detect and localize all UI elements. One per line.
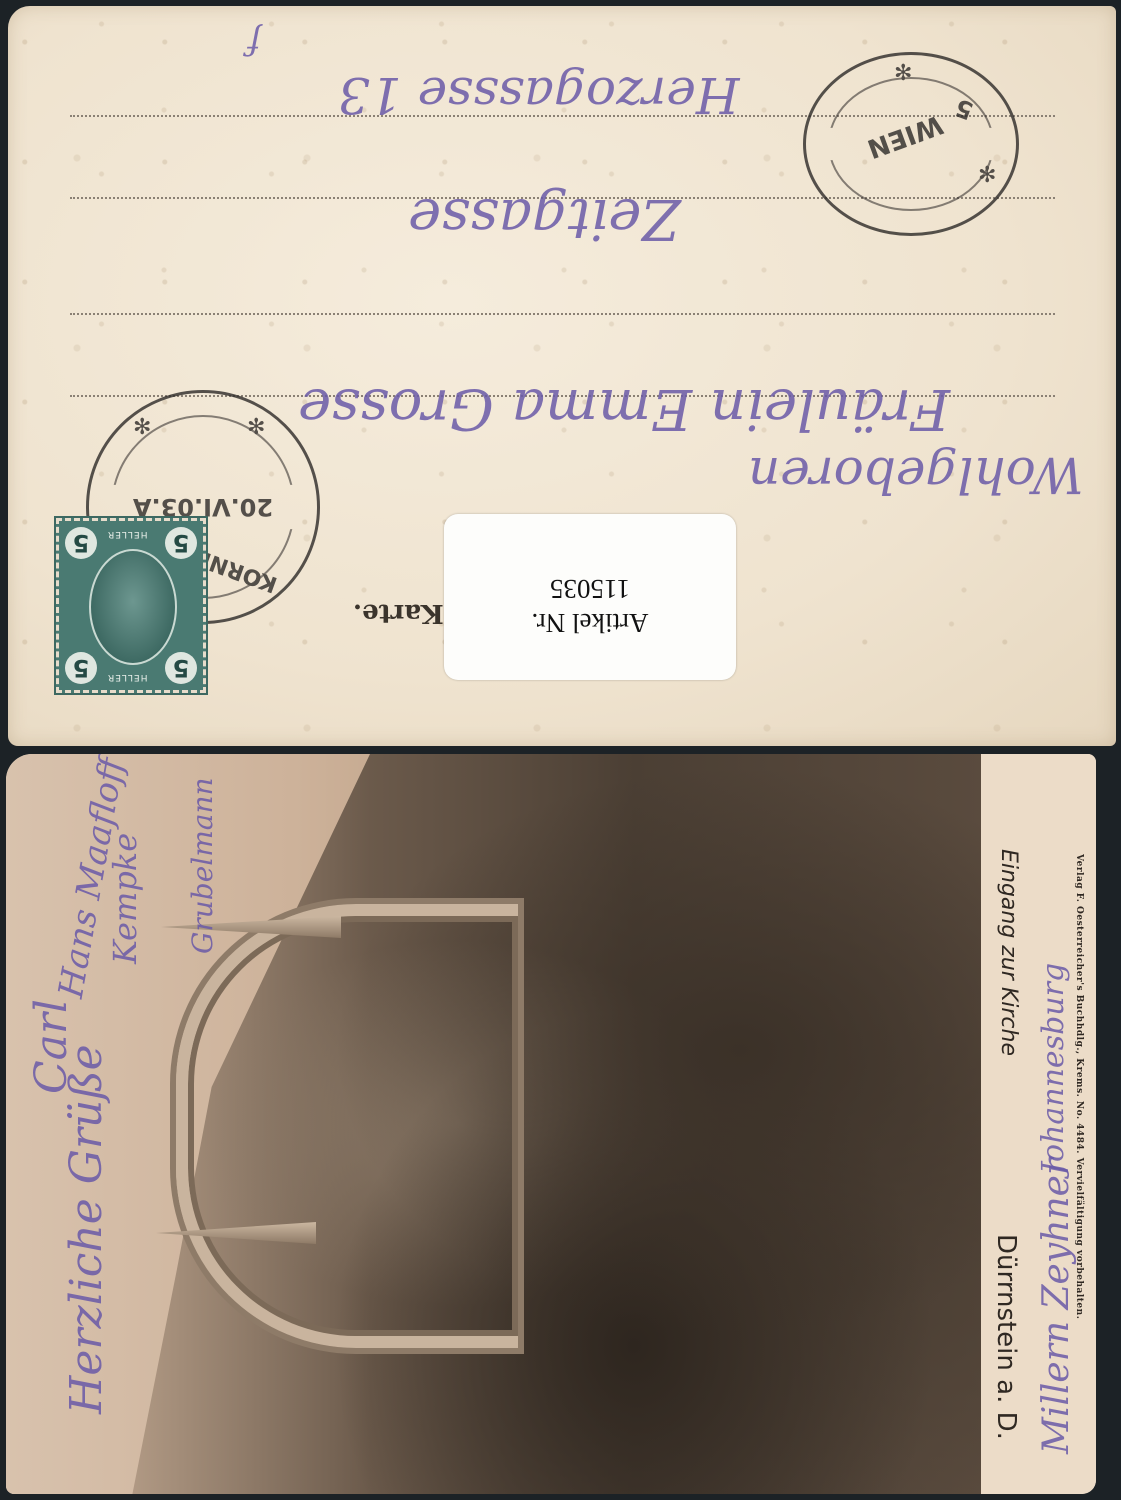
postage-stamp: 5 5 5 5 HELLER HELLER	[56, 518, 206, 693]
handwritten-signature: Kempke	[106, 833, 144, 964]
stamp-denomination: 5	[165, 652, 197, 684]
emperor-portrait	[89, 549, 177, 665]
article-number-sticker: Artikel Nr. 115035	[444, 514, 736, 680]
star-icon: ✻	[133, 415, 151, 440]
stamp-denomination: 5	[65, 527, 97, 559]
stamp-denomination: 5	[165, 527, 197, 559]
article-label: Artikel Nr.	[444, 606, 736, 640]
handwritten-address-line-3: Zeitgasse	[408, 186, 680, 251]
stamp-currency: HELLER	[107, 529, 147, 539]
address-line	[70, 313, 1055, 315]
handwritten-address-line-1: Wohlgeboren	[748, 446, 1084, 504]
star-icon: ✻	[978, 163, 996, 188]
star-icon: ✻	[894, 61, 912, 86]
stamp-currency: HELLER	[107, 672, 147, 682]
card-subtitle: Eingang zur Kirche	[996, 849, 1021, 1056]
handwritten-signature: Grubelmann	[186, 777, 219, 954]
handwritten-corner-mark: f	[248, 22, 261, 62]
handwritten-note: Millern Zeyhner	[1036, 1158, 1077, 1454]
handwritten-address-line-2: Fräulein Emma Grosse	[298, 376, 950, 441]
postcard-picture-side: Eingang zur Kirche Dürrnstein a. D. Verl…	[6, 754, 1096, 1494]
article-number: 115035	[444, 572, 736, 606]
baroque-portal	[176, 904, 518, 1348]
star-icon: ✻	[247, 415, 265, 440]
printed-heading: Karte.	[353, 598, 444, 628]
postmark-destination: WIEN 5 ✻ ✻	[803, 52, 1019, 236]
handwritten-name: Carl	[26, 999, 77, 1094]
handwritten-address-line-4: Herzogassse 13	[338, 66, 739, 124]
handwritten-note: Johannesburg	[1036, 963, 1071, 1174]
card-title: Dürrnstein a. D.	[991, 1234, 1021, 1440]
stamp-denomination: 5	[65, 652, 97, 684]
handwritten-greeting: Herzliche Grüße	[61, 1044, 112, 1414]
